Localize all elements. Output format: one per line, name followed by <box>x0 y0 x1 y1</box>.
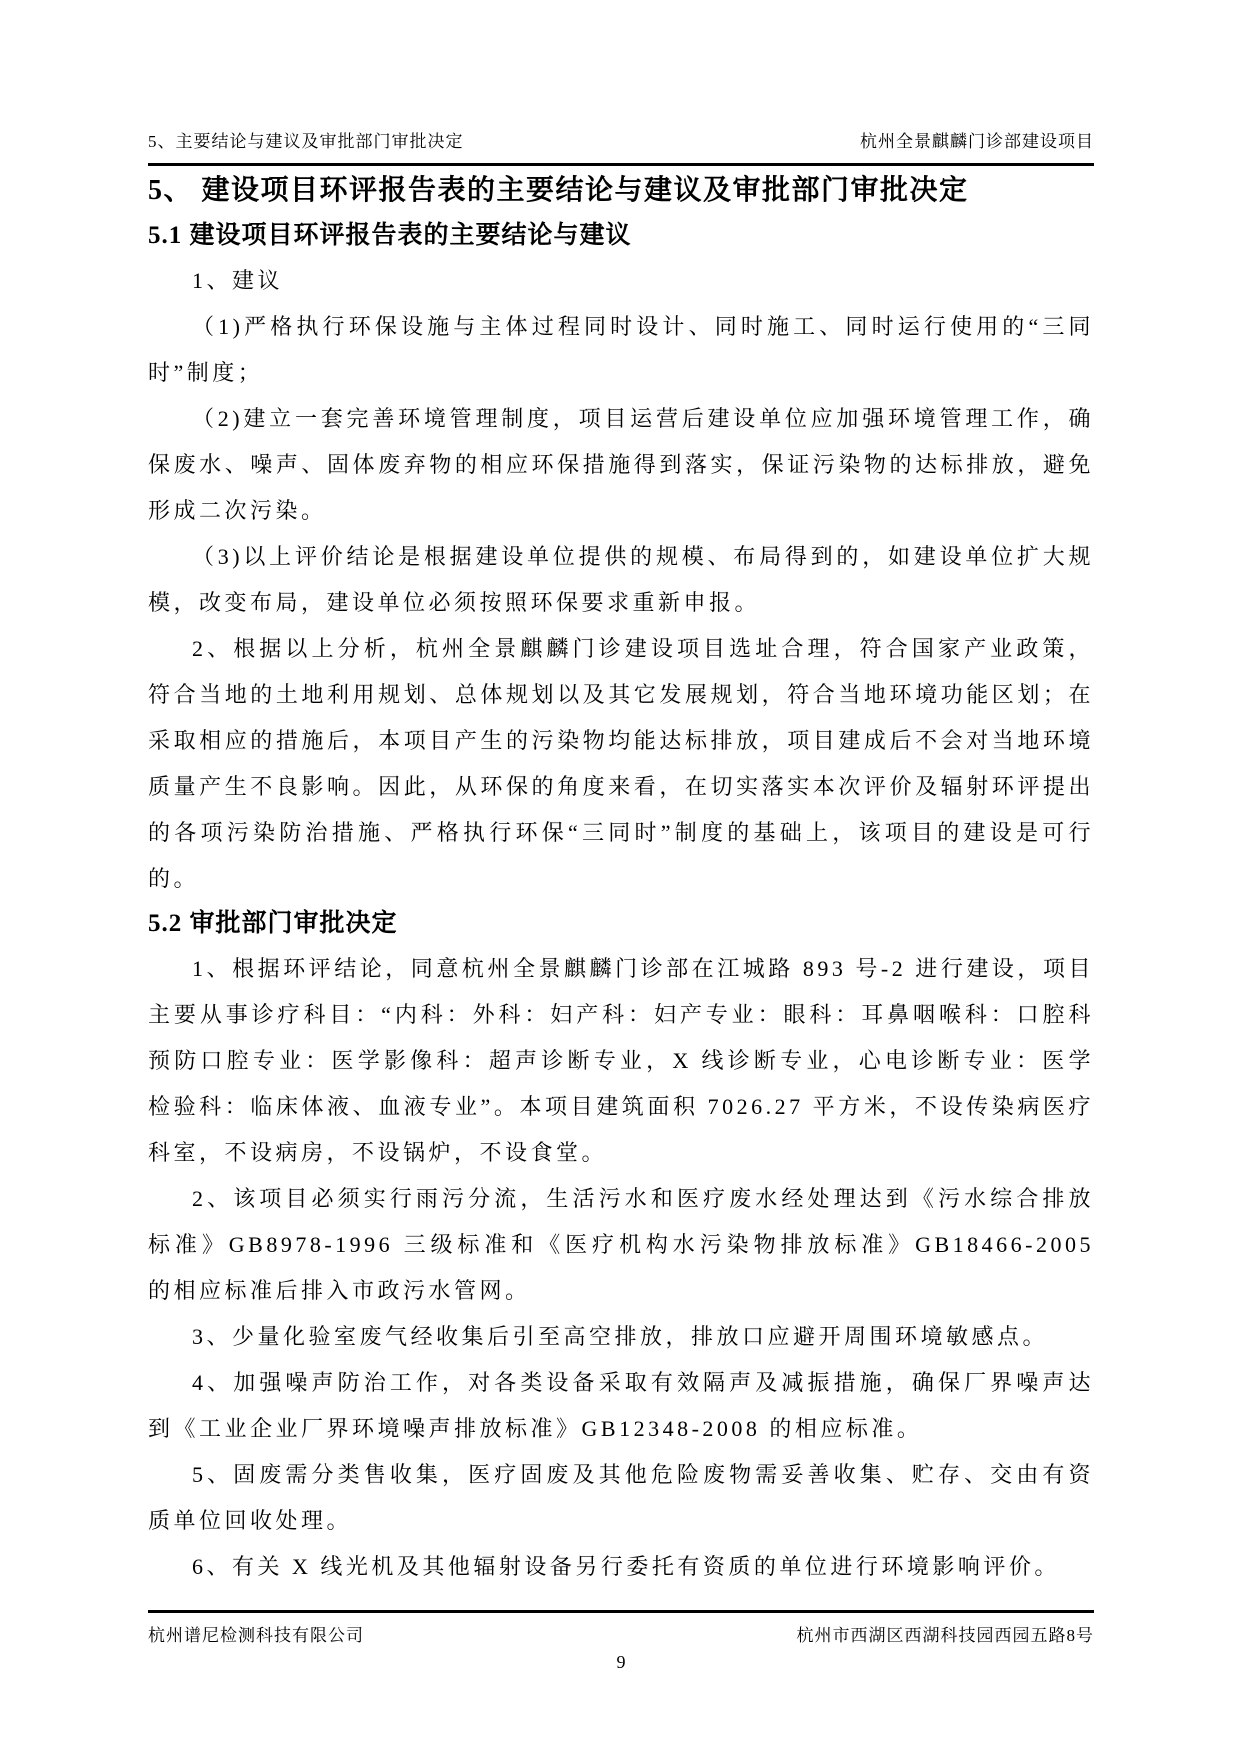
paragraph: 1、根据环评结论，同意杭州全景麒麟门诊部在江城路 893 号-2 进行建设，项目… <box>148 946 1094 1176</box>
document-body: 5、 建设项目环评报告表的主要结论与建议及审批部门审批决定 5.1 建设项目环评… <box>148 167 1094 1590</box>
paragraph: 3、少量化验室废气经收集后引至高空排放，排放口应避开周围环境敏感点。 <box>148 1314 1094 1360</box>
paragraph: 2、根据以上分析，杭州全景麒麟门诊建设项目选址合理，符合国家产业政策，符合当地的… <box>148 626 1094 902</box>
document-page: 5、主要结论与建议及审批部门审批决定 杭州全景麒麟门诊部建设项目 5、 建设项目… <box>0 0 1240 1754</box>
footer-company: 杭州谱尼检测科技有限公司 <box>148 1621 364 1646</box>
page-number: 9 <box>148 1652 1094 1673</box>
header-right-text: 杭州全景麒麟门诊部建设项目 <box>860 127 1094 152</box>
paragraph: （3)以上评价结论是根据建设单位提供的规模、布局得到的，如建设单位扩大规模，改变… <box>148 534 1094 626</box>
paragraph: 6、有关 X 线光机及其他辐射设备另行委托有资质的单位进行环境影响评价。 <box>148 1544 1094 1590</box>
page-footer: 杭州谱尼检测科技有限公司 杭州市西湖区西湖科技园西园五路8号 9 <box>148 1610 1094 1673</box>
chapter-title: 5、 建设项目环评报告表的主要结论与建议及审批部门审批决定 <box>148 167 1094 214</box>
paragraph: 2、该项目必须实行雨污分流，生活污水和医疗废水经处理达到《污水综合排放标准》GB… <box>148 1176 1094 1314</box>
footer-address: 杭州市西湖区西湖科技园西园五路8号 <box>797 1621 1095 1646</box>
paragraph: （2)建立一套完善环境管理制度，项目运营后建设单位应加强环境管理工作，确保废水、… <box>148 396 1094 534</box>
paragraph: 4、加强噪声防治工作，对各类设备采取有效隔声及减振措施，确保厂界噪声达到《工业企… <box>148 1360 1094 1452</box>
section-5-2-heading: 5.2 审批部门审批决定 <box>148 902 1094 946</box>
paragraph: 1、建议 <box>148 258 1094 304</box>
page-header: 5、主要结论与建议及审批部门审批决定 杭州全景麒麟门诊部建设项目 <box>148 127 1094 166</box>
header-left-text: 5、主要结论与建议及审批部门审批决定 <box>148 127 464 152</box>
section-5-1-heading: 5.1 建设项目环评报告表的主要结论与建议 <box>148 214 1094 258</box>
paragraph: 5、固废需分类售收集，医疗固废及其他危险废物需妥善收集、贮存、交由有资质单位回收… <box>148 1452 1094 1544</box>
paragraph: （1)严格执行环保设施与主体过程同时设计、同时施工、同时运行使用的“三同时”制度… <box>148 304 1094 396</box>
